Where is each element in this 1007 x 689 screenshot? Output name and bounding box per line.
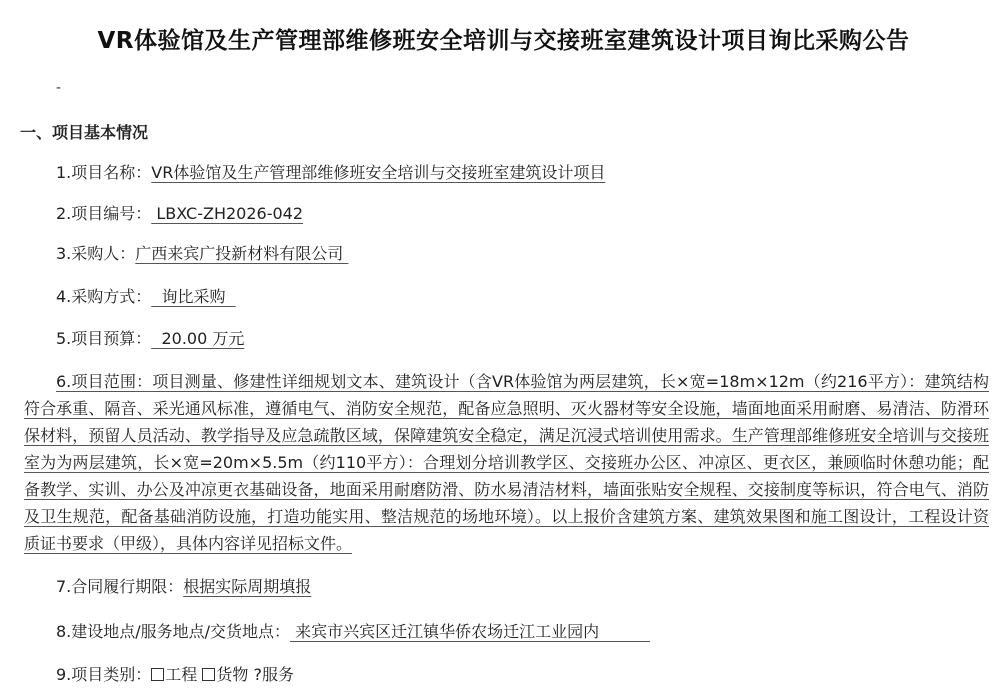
item-procurement-method: 4.采购方式： 询比采购 [56,284,236,307]
item-value: LBXC-ZH2026-042 [151,204,303,223]
item-label: 9.项目类别： [56,665,151,684]
document-title: VR体验馆及生产管理部维修班安全培训与交接班室建筑设计项目询比采购公告 [0,22,1007,55]
checkbox-goods[interactable] [202,668,215,681]
item-project-name: 1.项目名称：VR体验馆及生产管理部维修班安全培训与交接班室建筑设计项目 [56,160,605,183]
checkbox-engineering[interactable] [151,668,164,681]
item-contract-period: 7.合同履行期限：根据实际周期填报 [56,574,311,597]
section-heading: 一、项目基本情况 [20,120,148,143]
item-value: 20.00 万元 [151,329,244,348]
item-value: 广西来宾广投新材料有限公司 [135,244,348,263]
item-purchaser: 3.采购人：广西来宾广投新材料有限公司 [56,241,348,264]
item-label: 5.项目预算： [56,329,151,348]
item-value: VR体验馆及生产管理部维修班安全培训与交接班室建筑设计项目 [151,163,605,182]
item-value: 询比采购 [151,287,235,306]
item-budget: 5.项目预算： 20.00 万元 [56,326,244,349]
item-project-number: 2.项目编号： LBXC-ZH2026-042 [56,201,303,224]
project-scope-paragraph: 6.项目范围：项目测量、修建性详细规划文本、建筑设计（含VR体验馆为两层建筑，长… [24,368,989,557]
option-goods: 货物 [216,665,248,684]
item-location: 8.建设地点/服务地点/交货地点： 来宾市兴宾区迁江镇华侨农场迁江工业园内 [56,619,650,642]
item-value: 来宾市兴宾区迁江镇华侨农场迁江工业园内 [290,622,650,641]
dash-marker: - [56,80,61,96]
item-label: 4.采购方式： [56,287,151,306]
item-category: 9.项目类别：工程 货物 ?服务 [56,662,294,685]
item-label: 3.采购人： [56,244,135,263]
option-engineering: 工程 [165,665,197,684]
item-value: 根据实际周期填报 [183,577,311,596]
item-label: 2.项目编号： [56,204,151,223]
item-label: 7.合同履行期限： [56,577,183,596]
item-label: 1.项目名称： [56,163,151,182]
option-services: ?服务 [254,665,295,684]
item-label: 8.建设地点/服务地点/交货地点： [56,622,290,641]
